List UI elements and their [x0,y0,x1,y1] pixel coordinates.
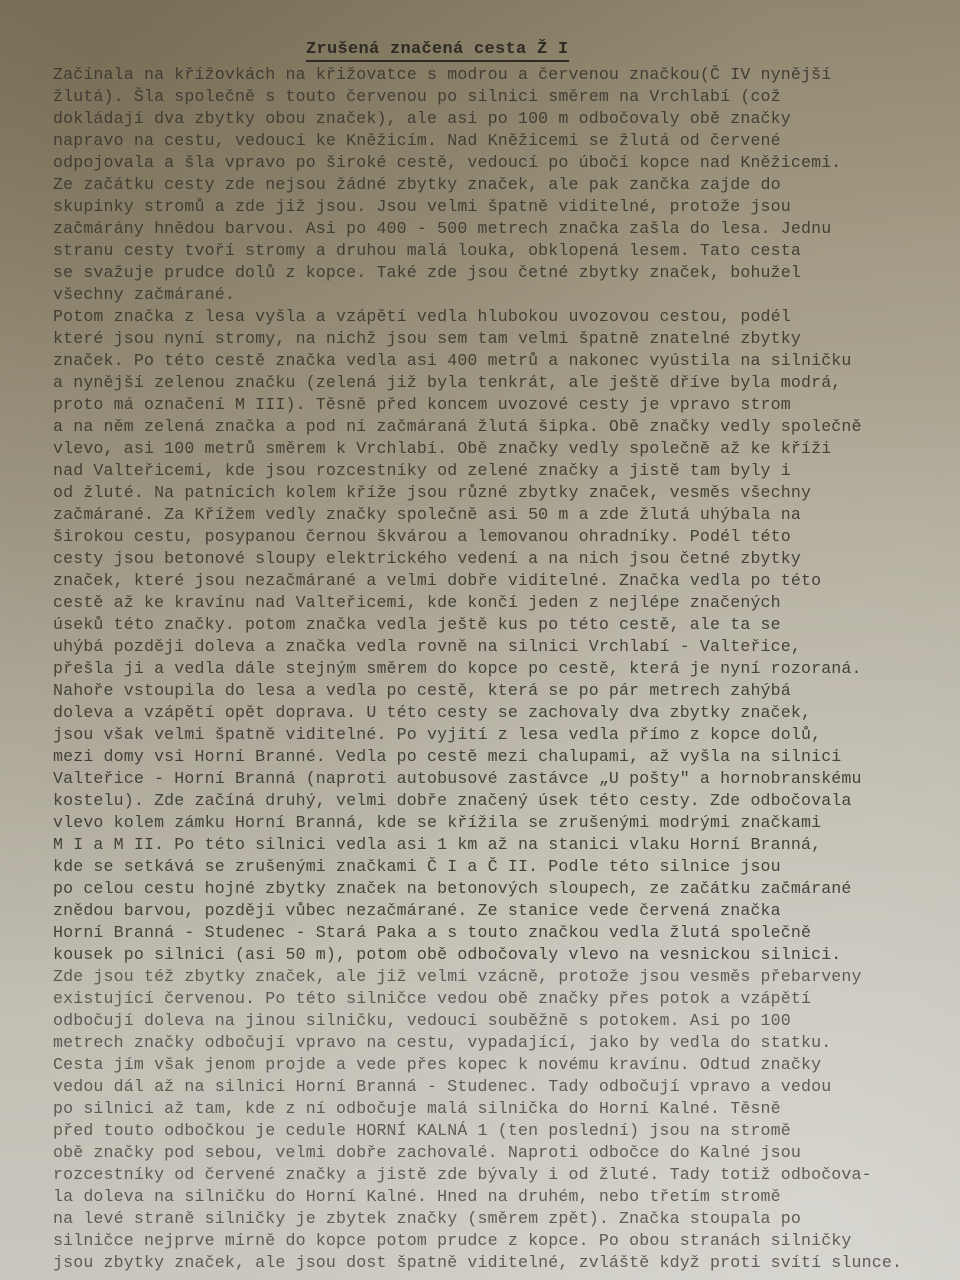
text-line: kde se setkává se zrušenými značkami Č I… [53,856,933,878]
text-line: znědou barvou, později vůbec nezačmárané… [53,900,933,922]
text-line: rozcestníky od červené značky a jistě zd… [53,1164,933,1186]
text-line: doleva a vzápětí opět doprava. U této ce… [53,702,933,724]
text-line: napravo na cestu, vedoucí ke Kněžicím. N… [53,130,933,152]
text-line: začmárané. Za Křížem vedly značky společ… [53,504,933,526]
text-line: jsou zbytky značek, ale jsou dost špatně… [53,1252,933,1274]
text-line: mezi domy vsi Horní Branné. Vedla po ces… [53,746,933,768]
text-line: úseků této značky. potom značka vedla je… [53,614,933,636]
text-line: vlevo kolem zámku Horní Branná, kde se k… [53,812,933,834]
text-line: existující červenou. Po této silničce ve… [53,988,933,1010]
text-line: odbočují doleva na jinou silničku, vedou… [53,1010,933,1032]
text-line: které jsou nyní stromy, na nichž jsou se… [53,328,933,350]
text-line: Zde jsou též zbytky značek, ale již velm… [53,966,933,988]
text-line: obě značky pod sebou, velmi dobře zachov… [53,1142,933,1164]
text-line: Potom značka z lesa vyšla a vzápětí vedl… [53,306,933,328]
text-line: značek. Po této cestě značka vedla asi 4… [53,350,933,372]
text-line: po celou cestu hojné zbytky značek na be… [53,878,933,900]
text-line: kostelu). Zde začíná druhý, velmi dobře … [53,790,933,812]
text-line: cestě až ke kravínu nad Valteřicemi, kde… [53,592,933,614]
text-line: po silnici až tam, kde z ní odbočuje mal… [53,1098,933,1120]
text-line: skupinky stromů a zde již jsou. Jsou vel… [53,196,933,218]
text-line: proto má označení M III). Těsně před kon… [53,394,933,416]
text-line: všechny začmárané. [53,284,933,306]
text-line: M I a M II. Po této silnici vedla asi 1 … [53,834,933,856]
text-line: Začínala na křížovkách na křižovatce s m… [53,64,933,86]
text-line: Cesta jím však jenom projde a vede přes … [53,1054,933,1076]
text-line: stranu cesty tvoří stromy a druhou malá … [53,240,933,262]
text-line: od žluté. Na patnících kolem kříže jsou … [53,482,933,504]
text-line: a na něm zelená značka a pod ní začmáran… [53,416,933,438]
text-line: odpojovala a šla vpravo po široké cestě,… [53,152,933,174]
text-line: la doleva na silničku do Horní Kalné. Hn… [53,1186,933,1208]
text-line: cesty jsou betonové sloupy elektrického … [53,548,933,570]
text-line: dokládají dva zbytky obou značek), ale a… [53,108,933,130]
text-line: uhýbá později doleva a značka vedla rovn… [53,636,933,658]
text-line: vlevo, asi 100 metrů směrem k Vrchlabí. … [53,438,933,460]
text-line: širokou cestu, posypanou černou škvárou … [53,526,933,548]
text-line: metrech značky odbočují vpravo na cestu,… [53,1032,933,1054]
text-line: na levé straně silničky je zbytek značky… [53,1208,933,1230]
text-line: přešla ji a vedla dále stejným směrem do… [53,658,933,680]
text-line: žlutá). Šla společně s touto červenou po… [53,86,933,108]
text-line: Ze začátku cesty zde nejsou žádné zbytky… [53,174,933,196]
document-title: Zrušená značená cesta Ž I [306,40,569,62]
text-line: Valteřice - Horní Branná (naproti autobu… [53,768,933,790]
text-line: před touto odbočkou je cedule HORNÍ KALN… [53,1120,933,1142]
text-line: Nahoře vstoupila do lesa a vedla po cest… [53,680,933,702]
text-line: jsou však velmi špatně viditelné. Po vyj… [53,724,933,746]
text-line: začmárány hnědou barvou. Asi po 400 - 50… [53,218,933,240]
text-line: nad Valteřicemi, kde jsou rozcestníky od… [53,460,933,482]
text-line: Horní Branná - Studenec - Stará Paka a s… [53,922,933,944]
text-line: značek, které jsou nezačmárané a velmi d… [53,570,933,592]
text-line: silničce nejprve mírně do kopce potom pr… [53,1230,933,1252]
text-line: vedou dál až na silnici Horní Branná - S… [53,1076,933,1098]
text-line: a nynější zelenou značku (zelená již byl… [53,372,933,394]
text-line: se svažuje prudce dolů z kopce. Také zde… [53,262,933,284]
document-body: Začínala na křížovkách na křižovatce s m… [53,64,933,1274]
text-line: kousek po silnici (asi 50 m), potom obě … [53,944,933,966]
